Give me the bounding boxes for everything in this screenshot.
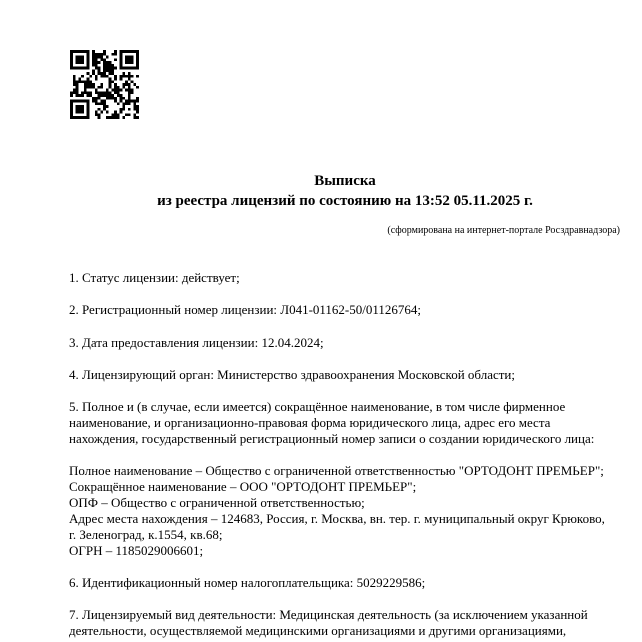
qr-code-icon (70, 50, 139, 119)
licensing-authority: 4. Лицензирующий орган: Министерство здр… (69, 367, 629, 383)
document-subtitle: из реестра лицензий по состоянию на 13:5… (24, 191, 642, 211)
legal-entity-heading: 5. Полное и (в случае, если имеется) сок… (69, 399, 629, 447)
license-registration-number: 2. Регистрационный номер лицензии: Л041-… (69, 302, 629, 318)
ogrn: ОГРН – 1185029006601; (69, 543, 629, 559)
legal-form: ОПФ – Общество с ограниченной ответствен… (69, 495, 629, 511)
document-title: Выписка (24, 171, 642, 191)
address: Адрес места нахождения – 124683, Россия,… (69, 511, 629, 527)
license-status: 1. Статус лицензии: действует; (69, 270, 629, 286)
legal-entity-details: Полное наименование – Общество с огранич… (69, 463, 629, 559)
source-note: (сформирована на интернет-портале Росздр… (387, 224, 620, 238)
short-name: Сокращённое наименование – ООО "ОРТОДОНТ… (69, 479, 629, 495)
address-cont: г. Зеленоград, к.1554, кв.68; (69, 527, 629, 543)
full-name: Полное наименование – Общество с огранич… (69, 463, 629, 479)
licensed-activity: 7. Лицензируемый вид деятельности: Медиц… (69, 607, 629, 639)
taxpayer-id: 6. Идентификационный номер налогоплатель… (69, 575, 629, 591)
license-issue-date: 3. Дата предоставления лицензии: 12.04.2… (69, 335, 629, 351)
